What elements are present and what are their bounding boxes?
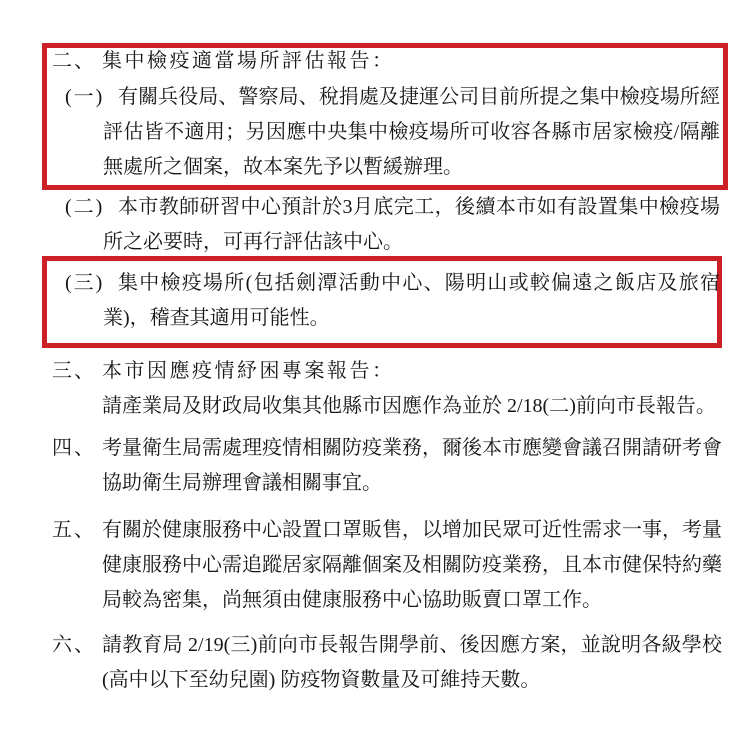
item-4-body: 考量衛生局需處理疫情相關防疫業務，爾後本市應變會議召開請研考會協助衛生局辦理會議…	[102, 431, 722, 501]
subitem-1-marker: (一)	[65, 80, 104, 115]
item-3-marker: 三、	[52, 354, 96, 389]
item-2-heading: 集中檢疫適當場所評估報告：	[102, 44, 722, 79]
item-6-body: 請教育局 2/19(三)前向市長報告開學前、後因應方案，並說明各級學校(高中以下…	[102, 628, 722, 698]
item-2-marker: 二、	[52, 44, 96, 79]
item-5-marker: 五、	[52, 513, 96, 548]
item-6-marker: 六、	[52, 628, 96, 663]
item-4-marker: 四、	[52, 431, 96, 466]
item-3-heading: 本市因應疫情紓困專案報告：	[102, 354, 722, 389]
subitem-3-marker: (三)	[65, 266, 104, 301]
item-3-body: 請產業局及財政局收集其他縣市因應作為並於 2/18(二)前向市長報告。	[102, 389, 722, 424]
subitem-1-text: 有關兵役局、警察局、稅捐處及捷運公司目前所提之集中檢疫場所經評估皆不適用；另因應…	[103, 80, 720, 185]
subitem-2-text: 本市教師研習中心預計於3月底完工，後續本市如有設置集中檢疫場所之必要時，可再行評…	[103, 190, 720, 260]
item-5-body: 有關於健康服務中心設置口罩販售，以增加民眾可近性需求一事，考量健康服務中心需追蹤…	[102, 513, 722, 618]
document-page: 二、 集中檢疫適當場所評估報告： (一) 有關兵役局、警察局、稅捐處及捷運公司目…	[0, 0, 750, 750]
subitem-2-marker: (二)	[65, 190, 104, 225]
subitem-3-text: 集中檢疫場所(包括劍潭活動中心、陽明山或較偏遠之飯店及旅宿業)，稽查其適用可能性…	[103, 266, 720, 336]
